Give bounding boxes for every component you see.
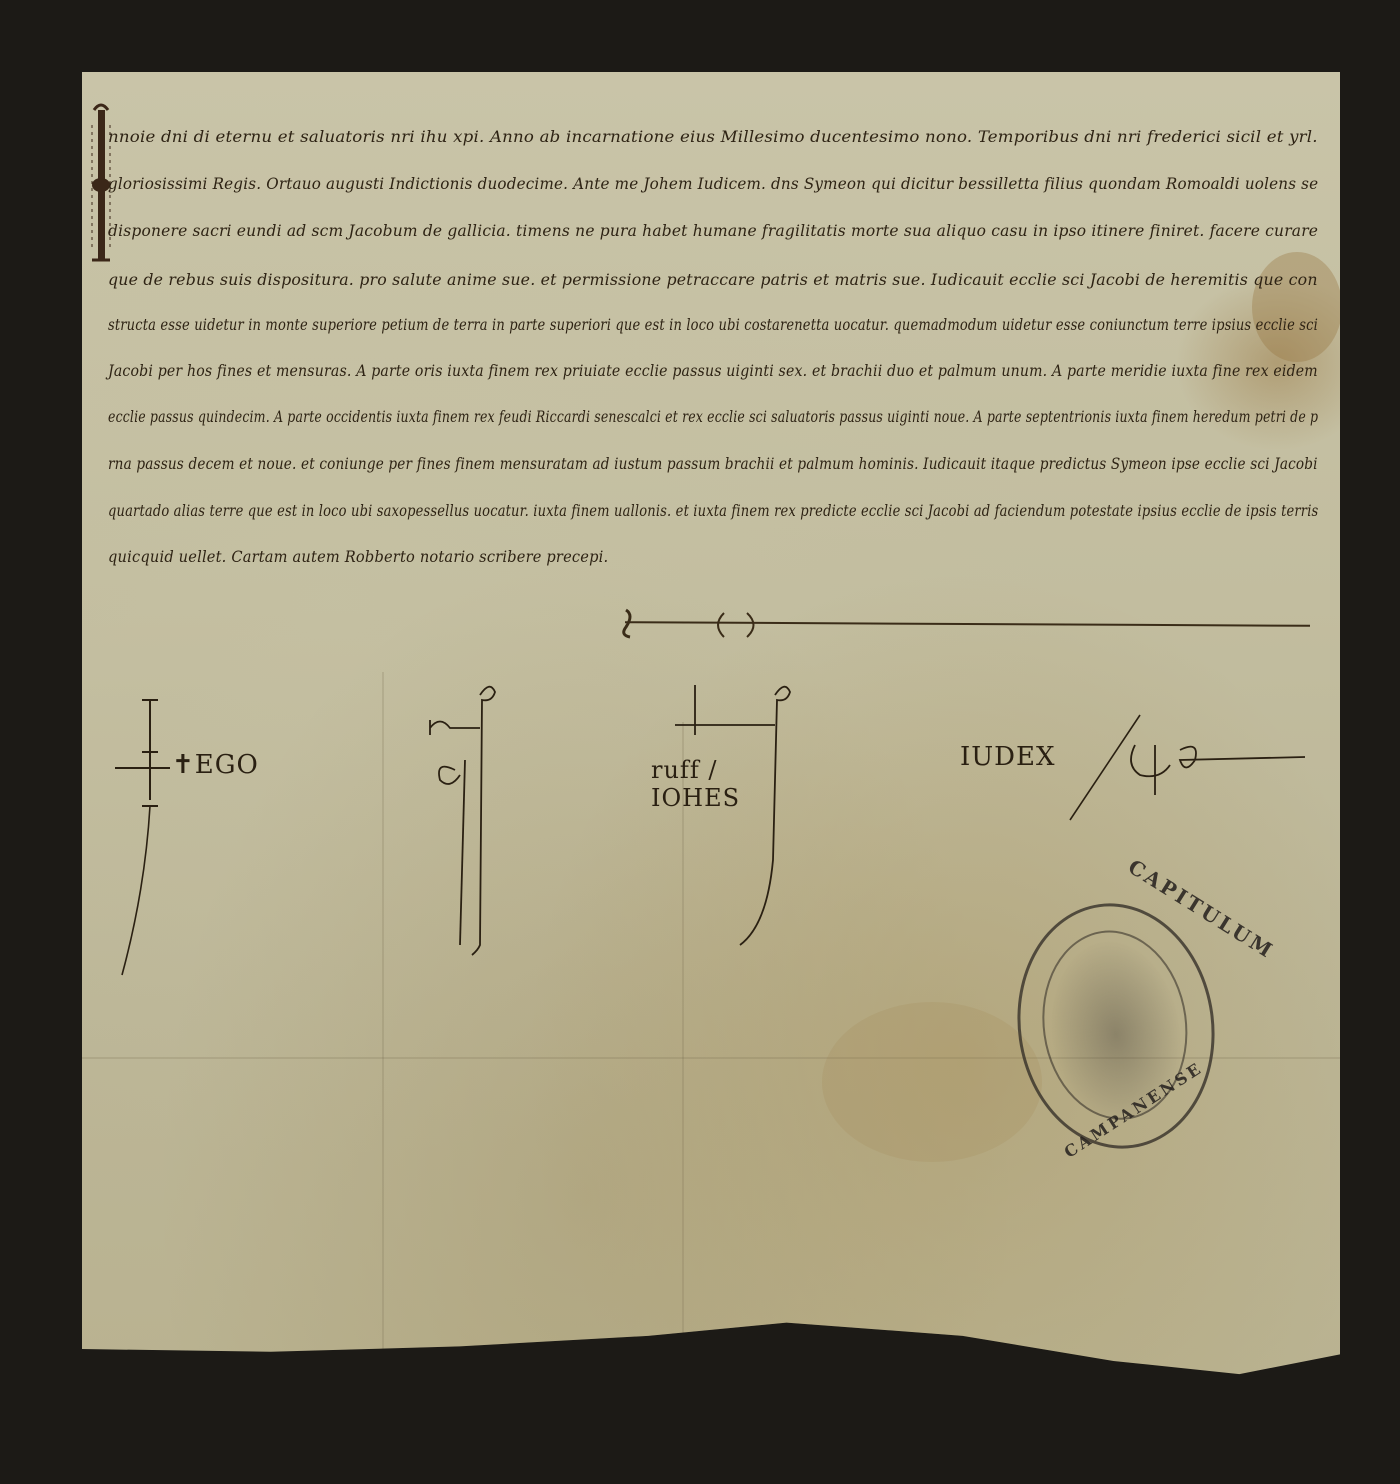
signum-cross-icon <box>110 690 260 990</box>
signature-witness-1 <box>420 680 510 964</box>
text-line-3: disponere sacri eundi ad scm Jacobum de … <box>108 222 1318 240</box>
witness-signum-icon <box>420 680 510 960</box>
signature-ego-text: ✝EGO <box>172 750 259 780</box>
fold-crease <box>382 672 384 1372</box>
text-line-9: quartado alias terre que est in loco ubi… <box>108 502 1318 520</box>
flourish-ornament-icon <box>612 605 772 645</box>
notary-signum-icon <box>1030 705 1350 825</box>
signature-witness-2: ruff / IOHES <box>645 680 805 964</box>
text-line-8: rna passus decem et noue. et coniunge pe… <box>108 455 1318 473</box>
water-stain <box>1252 252 1342 362</box>
seal-emblem <box>1030 921 1199 1129</box>
text-line-4: que de rebus suis dispositura. pro salut… <box>108 271 1318 289</box>
text-line-5: structa esse uidetur in monte superiore … <box>108 316 1318 334</box>
text-line-7: ecclie passus quindecim. A parte occiden… <box>108 408 1318 426</box>
signature-ego: ✝EGO <box>110 690 260 994</box>
text-line-1: nnoie dni di eternu et saluatoris nri ih… <box>108 128 1318 146</box>
text-line-2: gloriosissimi Regis. Ortauo augusti Indi… <box>108 175 1318 193</box>
witness-signum-icon <box>645 680 805 960</box>
text-line-10: quicquid uellet. Cartam autem Robberto n… <box>108 548 608 566</box>
signature-witness-2-text: ruff / IOHES <box>651 756 805 812</box>
water-stain <box>822 1002 1042 1162</box>
text-line-6: Jacobi per hos fines et mensuras. A part… <box>108 362 1318 380</box>
